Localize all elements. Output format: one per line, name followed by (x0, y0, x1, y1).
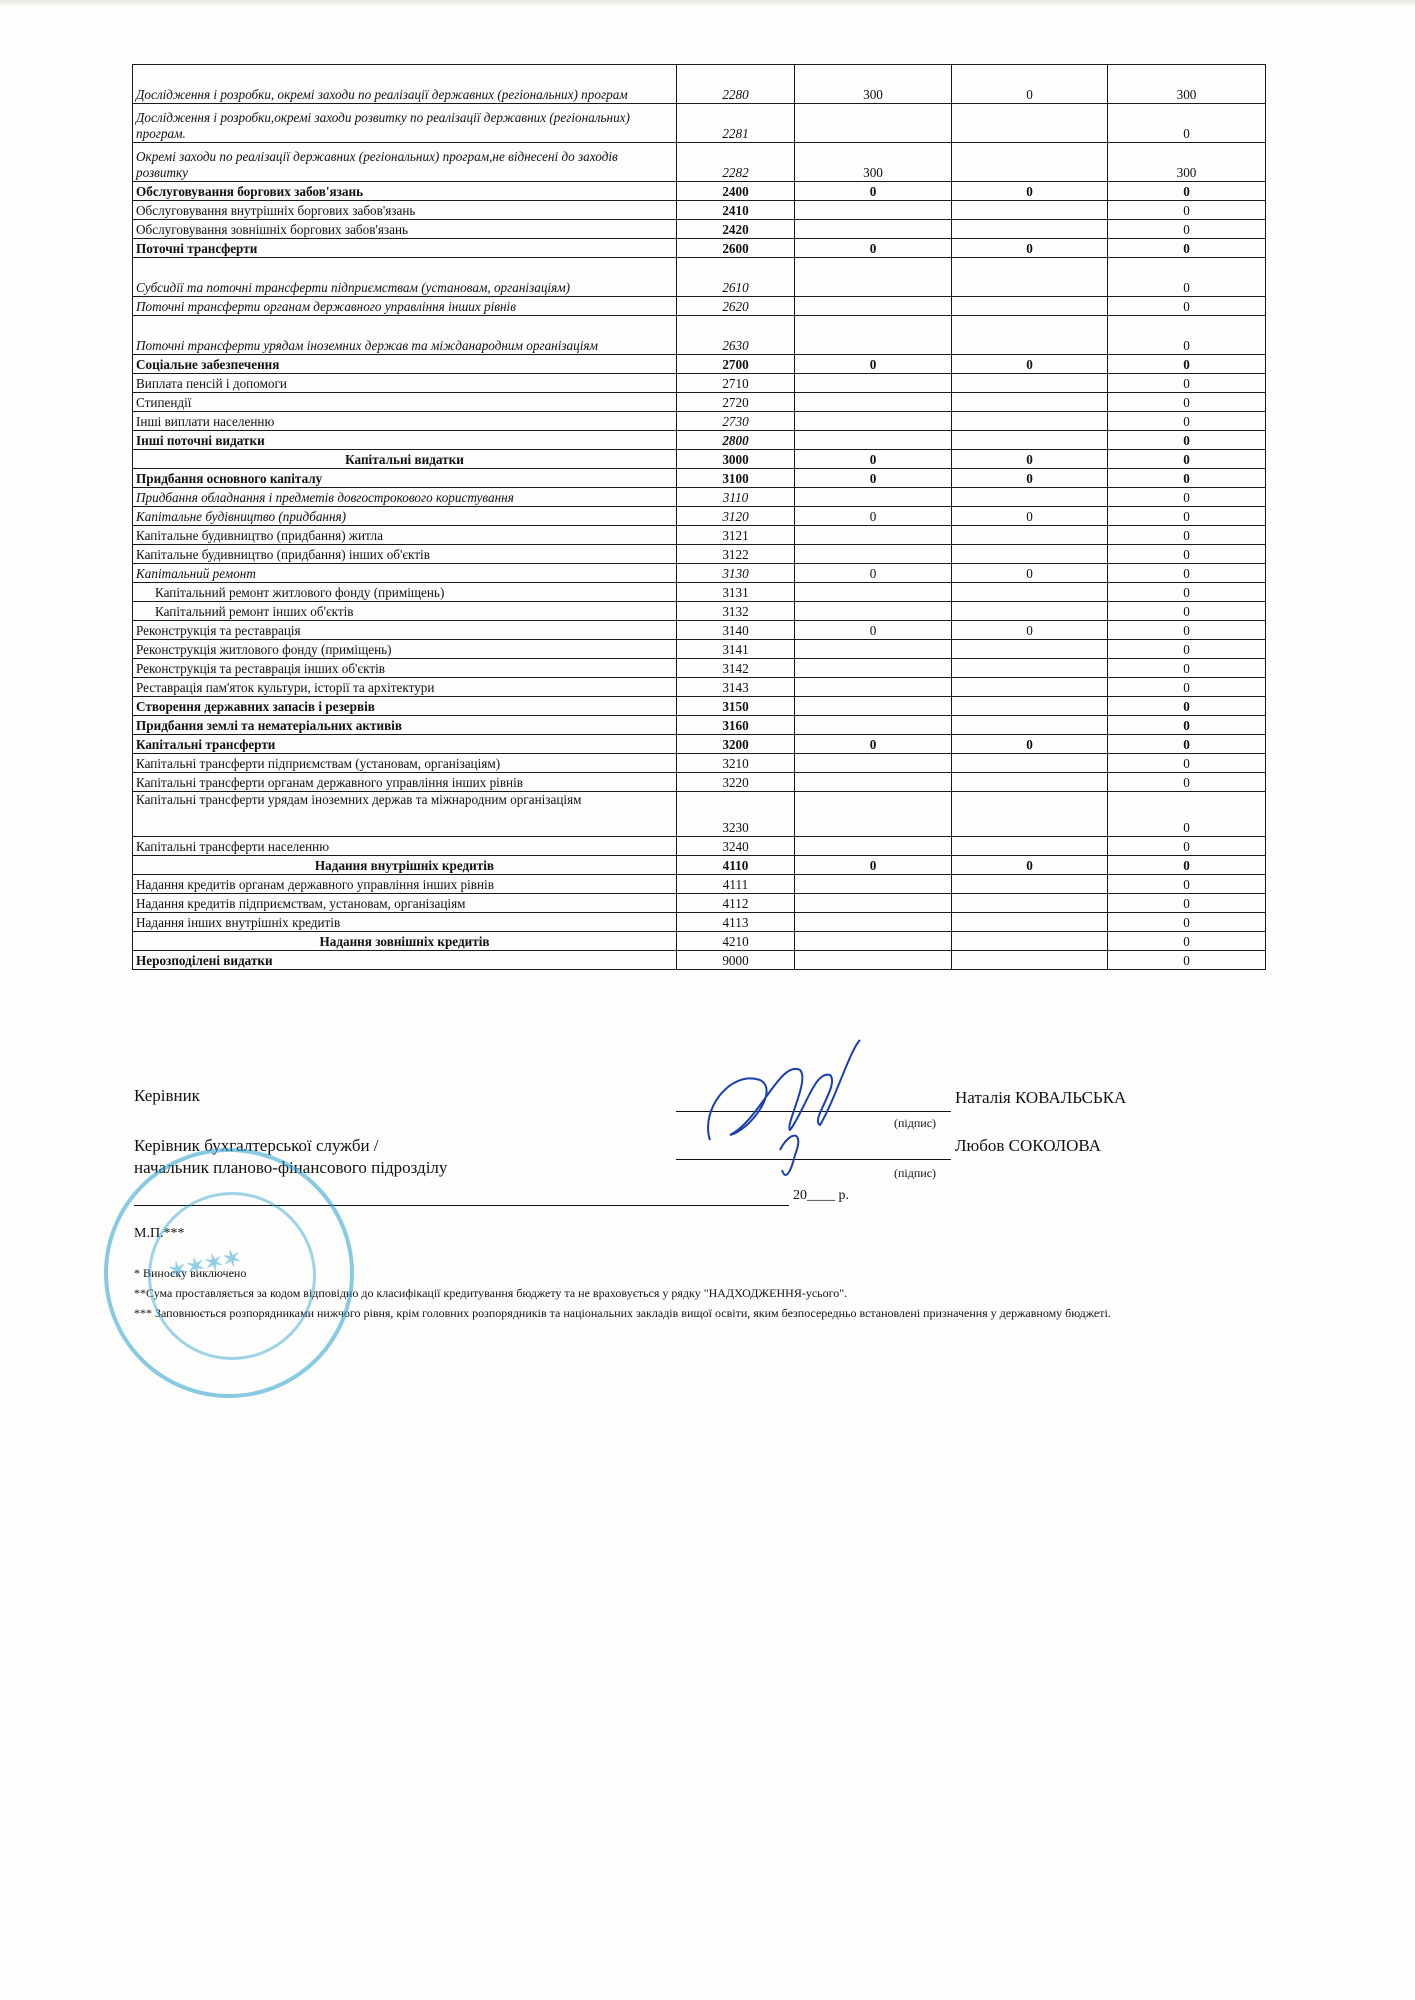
row-value-3: 0 (1108, 792, 1266, 837)
row-value-2 (952, 526, 1108, 545)
row-name: Капітальне будивництво (придбання) інших… (133, 545, 677, 564)
row-name: Обслуговування боргових забов'язань (133, 182, 677, 201)
row-code: 3121 (677, 526, 795, 545)
row-value-1 (795, 201, 952, 220)
table-row: Поточні трансферти урядам іноземних держ… (133, 316, 1266, 355)
row-value-1 (795, 837, 952, 856)
row-name: Надання кредитів підприємствам, установа… (133, 894, 677, 913)
row-value-1: 0 (795, 239, 952, 258)
date-suffix: 20____ р. (793, 1188, 849, 1204)
table-row: Реконструкція та реставрація3140000 (133, 621, 1266, 640)
seal-label: М.П.*** (134, 1226, 185, 1242)
row-code: 3140 (677, 621, 795, 640)
row-name: Капітальні трансферти органам державного… (133, 773, 677, 792)
row-value-2: 0 (952, 450, 1108, 469)
row-value-1 (795, 640, 952, 659)
row-name: Капітальні видатки (133, 450, 677, 469)
row-name: Реконструкція та реставрація інших об'єк… (133, 659, 677, 678)
row-value-1 (795, 316, 952, 355)
row-name: Капітальне будивництво (придбання) житла (133, 526, 677, 545)
row-code: 3131 (677, 583, 795, 602)
row-code: 3142 (677, 659, 795, 678)
row-value-3: 0 (1108, 621, 1266, 640)
row-value-3: 0 (1108, 837, 1266, 856)
date-line (134, 1205, 789, 1206)
row-code: 3210 (677, 754, 795, 773)
table-row: Надання зовнішніх кредитів42100 (133, 932, 1266, 951)
table-row: Обслуговування зовнішніх боргових забов'… (133, 220, 1266, 239)
row-value-2 (952, 913, 1108, 932)
table-row: Реконструкція та реставрація інших об'єк… (133, 659, 1266, 678)
table-row: Дослідження і розробки, окремі заходи по… (133, 65, 1266, 104)
row-value-1 (795, 792, 952, 837)
row-value-1 (795, 488, 952, 507)
row-value-1 (795, 951, 952, 970)
table-row: Інші поточні видатки28000 (133, 431, 1266, 450)
row-value-2 (952, 716, 1108, 735)
table-row: Капітальне будивництво (придбання) інших… (133, 545, 1266, 564)
row-code: 2610 (677, 258, 795, 297)
row-value-3: 0 (1108, 754, 1266, 773)
row-value-3: 0 (1108, 545, 1266, 564)
row-value-2: 0 (952, 182, 1108, 201)
row-value-3: 0 (1108, 450, 1266, 469)
row-value-1: 0 (795, 621, 952, 640)
row-value-3: 0 (1108, 355, 1266, 374)
row-value-3: 0 (1108, 913, 1266, 932)
row-value-2 (952, 837, 1108, 856)
row-value-2 (952, 374, 1108, 393)
table-row: Реставрація пам'яток культури, історії т… (133, 678, 1266, 697)
row-code: 3160 (677, 716, 795, 735)
scan-edge (0, 0, 1415, 6)
row-code: 3150 (677, 697, 795, 716)
handwritten-signature-icon (690, 1030, 890, 1180)
table-row: Капітальні трансферти3200000 (133, 735, 1266, 754)
row-code: 3132 (677, 602, 795, 621)
table-row: Обслуговування внутрішніх боргових забов… (133, 201, 1266, 220)
row-value-1 (795, 412, 952, 431)
row-value-3: 0 (1108, 773, 1266, 792)
row-name: Надання інших внутрішніх кредитів (133, 913, 677, 932)
row-value-1 (795, 894, 952, 913)
row-code: 3143 (677, 678, 795, 697)
row-value-2: 0 (952, 507, 1108, 526)
accountant-label-2: начальник планово-фінансового підрозділу (134, 1158, 447, 1178)
row-code: 9000 (677, 951, 795, 970)
row-code: 2730 (677, 412, 795, 431)
row-value-3: 0 (1108, 583, 1266, 602)
row-name: Капітальні трансферти підприємствам (уст… (133, 754, 677, 773)
row-name: Поточні трансферти урядам іноземних держ… (133, 316, 677, 355)
row-value-3: 0 (1108, 564, 1266, 583)
row-name: Інші виплати населенню (133, 412, 677, 431)
row-name: Поточні трансферти (133, 239, 677, 258)
row-value-1 (795, 431, 952, 450)
row-value-3: 0 (1108, 659, 1266, 678)
accountant-label-1: Керівник бухгалтерської служби / (134, 1136, 379, 1156)
row-value-2 (952, 316, 1108, 355)
row-code: 2630 (677, 316, 795, 355)
table-row: Капітальні трансферти урядам іноземних д… (133, 792, 1266, 837)
row-value-3: 0 (1108, 258, 1266, 297)
row-value-3: 0 (1108, 488, 1266, 507)
row-value-1 (795, 104, 952, 143)
table-row: Придбання обладнання і предметів довгост… (133, 488, 1266, 507)
row-name: Надання кредитів органам державного упра… (133, 875, 677, 894)
table-row: Поточні трансферти органам державного уп… (133, 297, 1266, 316)
row-code: 4112 (677, 894, 795, 913)
row-value-1 (795, 602, 952, 621)
row-value-2 (952, 894, 1108, 913)
row-value-1: 0 (795, 469, 952, 488)
row-name: Капітальний ремонт житлового фонду (прим… (133, 583, 677, 602)
row-value-2: 0 (952, 469, 1108, 488)
row-value-3: 0 (1108, 932, 1266, 951)
row-name: Дослідження і розробки,окремі заходи роз… (133, 104, 677, 143)
row-value-3: 0 (1108, 201, 1266, 220)
row-value-3: 0 (1108, 239, 1266, 258)
table-row: Капітальне будівництво (придбання)312000… (133, 507, 1266, 526)
row-value-3: 0 (1108, 507, 1266, 526)
table-row: Субсидії та поточні трансферти підприємс… (133, 258, 1266, 297)
table-row: Стипендії27200 (133, 393, 1266, 412)
row-value-2 (952, 875, 1108, 894)
row-value-1: 300 (795, 143, 952, 182)
row-name: Придбання землі та нематеріальних активі… (133, 716, 677, 735)
accountant-signature-line (676, 1159, 951, 1160)
table-row: Надання внутрішніх кредитів4110000 (133, 856, 1266, 875)
table-row: Надання кредитів органам державного упра… (133, 875, 1266, 894)
table-row: Придбання землі та нематеріальних активі… (133, 716, 1266, 735)
row-value-3: 0 (1108, 297, 1266, 316)
row-value-3: 0 (1108, 469, 1266, 488)
row-code: 2710 (677, 374, 795, 393)
table-row: Капітальний ремонт житлового фонду (прим… (133, 583, 1266, 602)
row-value-2 (952, 545, 1108, 564)
row-name: Надання внутрішніх кредитів (133, 856, 677, 875)
row-value-3: 0 (1108, 735, 1266, 754)
table-row: Капітальний ремонт3130000 (133, 564, 1266, 583)
row-name: Обслуговування внутрішніх боргових забов… (133, 201, 677, 220)
row-value-2: 0 (952, 621, 1108, 640)
row-code: 4210 (677, 932, 795, 951)
row-code: 2700 (677, 355, 795, 374)
row-code: 3000 (677, 450, 795, 469)
row-value-1 (795, 545, 952, 564)
row-name: Капітальні трансферти населенню (133, 837, 677, 856)
row-value-1 (795, 754, 952, 773)
row-value-1: 0 (795, 450, 952, 469)
row-value-2: 0 (952, 65, 1108, 104)
row-value-3: 0 (1108, 678, 1266, 697)
row-code: 3141 (677, 640, 795, 659)
table-row: Обслуговування боргових забов'язань24000… (133, 182, 1266, 201)
row-name: Поточні трансферти органам державного уп… (133, 297, 677, 316)
table-row: Виплата пенсій і допомоги27100 (133, 374, 1266, 393)
row-value-3: 0 (1108, 640, 1266, 659)
row-value-1 (795, 258, 952, 297)
row-name: Реконструкція та реставрація (133, 621, 677, 640)
head-name: Наталія КОВАЛЬСЬКА (955, 1088, 1126, 1108)
head-signature-caption: (підпис) (894, 1116, 936, 1131)
row-value-2 (952, 792, 1108, 837)
table-row: Капітальне будивництво (придбання) житла… (133, 526, 1266, 545)
row-value-3: 0 (1108, 431, 1266, 450)
table-row: Соціальне забезпечення2700000 (133, 355, 1266, 374)
row-code: 3240 (677, 837, 795, 856)
head-label: Керівник (134, 1086, 200, 1106)
row-value-2 (952, 932, 1108, 951)
row-name: Реконструкція житлового фонду (приміщень… (133, 640, 677, 659)
row-name: Придбання основного капіталу (133, 469, 677, 488)
row-name: Обслуговування зовнішніх боргових забов'… (133, 220, 677, 239)
row-name: Дослідження і розробки, окремі заходи по… (133, 65, 677, 104)
row-value-1 (795, 526, 952, 545)
row-name: Придбання обладнання і предметів довгост… (133, 488, 677, 507)
row-name: Капітальний ремонт інших об'єктів (133, 602, 677, 621)
row-code: 2400 (677, 182, 795, 201)
row-name: Капітальний ремонт (133, 564, 677, 583)
row-code: 3100 (677, 469, 795, 488)
row-name: Соціальне забезпечення (133, 355, 677, 374)
row-value-3: 0 (1108, 602, 1266, 621)
row-value-2 (952, 143, 1108, 182)
row-value-2 (952, 678, 1108, 697)
row-value-1: 0 (795, 355, 952, 374)
row-value-2: 0 (952, 564, 1108, 583)
table-row: Реконструкція житлового фонду (приміщень… (133, 640, 1266, 659)
row-code: 4113 (677, 913, 795, 932)
table-row: Капітальні видатки3000000 (133, 450, 1266, 469)
row-name: Стипендії (133, 393, 677, 412)
row-value-1: 0 (795, 735, 952, 754)
row-value-2: 0 (952, 355, 1108, 374)
row-value-1 (795, 875, 952, 894)
row-value-1 (795, 374, 952, 393)
row-code: 2800 (677, 431, 795, 450)
table-row: Нерозподілені видатки90000 (133, 951, 1266, 970)
row-name: Реставрація пам'яток культури, історії т… (133, 678, 677, 697)
row-code: 3122 (677, 545, 795, 564)
row-value-3: 0 (1108, 316, 1266, 355)
row-value-2 (952, 951, 1108, 970)
row-value-3: 300 (1108, 143, 1266, 182)
row-value-2: 0 (952, 239, 1108, 258)
row-value-1 (795, 220, 952, 239)
row-value-2 (952, 773, 1108, 792)
table-row: Придбання основного капіталу3100000 (133, 469, 1266, 488)
row-value-2 (952, 488, 1108, 507)
table-row: Дослідження і розробки,окремі заходи роз… (133, 104, 1266, 143)
row-value-1: 300 (795, 65, 952, 104)
row-value-3: 0 (1108, 951, 1266, 970)
row-code: 3220 (677, 773, 795, 792)
row-value-3: 0 (1108, 894, 1266, 913)
table-row: Капітальні трансферти населенню32400 (133, 837, 1266, 856)
footnote-1: * Виноску виключено (134, 1266, 1254, 1281)
table-row: Інші виплати населенню27300 (133, 412, 1266, 431)
row-value-3: 0 (1108, 104, 1266, 143)
row-value-1: 0 (795, 856, 952, 875)
table-row: Надання кредитів підприємствам, установа… (133, 894, 1266, 913)
row-value-2: 0 (952, 856, 1108, 875)
row-value-1 (795, 583, 952, 602)
head-signature-line (676, 1111, 951, 1112)
row-value-2 (952, 393, 1108, 412)
footnote-3: *** Заповнюється розпорядниками нижчого … (134, 1306, 1254, 1321)
row-name: Капітальні трансферти урядам іноземних д… (133, 792, 677, 837)
row-value-1 (795, 297, 952, 316)
row-value-1 (795, 678, 952, 697)
table-row: Створення державних запасів і резервів31… (133, 697, 1266, 716)
row-name: Капітальні трансферти (133, 735, 677, 754)
row-value-2 (952, 659, 1108, 678)
row-value-3: 0 (1108, 716, 1266, 735)
row-value-1 (795, 932, 952, 951)
row-value-2 (952, 697, 1108, 716)
table-row: Капітальні трансферти органам державного… (133, 773, 1266, 792)
row-code: 2620 (677, 297, 795, 316)
row-value-1: 0 (795, 507, 952, 526)
row-name: Окремі заходи по реалізації державних (р… (133, 143, 677, 182)
row-value-3: 0 (1108, 697, 1266, 716)
table-row: Окремі заходи по реалізації державних (р… (133, 143, 1266, 182)
row-value-1: 0 (795, 564, 952, 583)
row-value-3: 0 (1108, 220, 1266, 239)
row-value-1: 0 (795, 182, 952, 201)
row-value-2 (952, 258, 1108, 297)
row-value-2 (952, 583, 1108, 602)
row-name: Надання зовнішніх кредитів (133, 932, 677, 951)
footnote-2: **Сума проставляється за кодом відповідн… (134, 1286, 1254, 1301)
row-value-3: 0 (1108, 374, 1266, 393)
row-code: 2282 (677, 143, 795, 182)
row-value-1 (795, 773, 952, 792)
table-row: Капітальний ремонт інших об'єктів31320 (133, 602, 1266, 621)
row-value-2 (952, 297, 1108, 316)
row-value-2 (952, 431, 1108, 450)
row-value-1 (795, 913, 952, 932)
row-value-3: 300 (1108, 65, 1266, 104)
row-code: 3200 (677, 735, 795, 754)
row-code: 2410 (677, 201, 795, 220)
row-name: Створення державних запасів і резервів (133, 697, 677, 716)
row-value-3: 0 (1108, 412, 1266, 431)
row-value-2 (952, 602, 1108, 621)
accountant-signature-caption: (підпис) (894, 1166, 936, 1181)
row-value-2 (952, 201, 1108, 220)
expenditure-table: Дослідження і розробки, окремі заходи по… (132, 64, 1266, 970)
row-value-2: 0 (952, 735, 1108, 754)
row-code: 3110 (677, 488, 795, 507)
row-code: 4111 (677, 875, 795, 894)
row-name: Субсидії та поточні трансферти підприємс… (133, 258, 677, 297)
table-row: Поточні трансферти2600000 (133, 239, 1266, 258)
row-code: 2280 (677, 65, 795, 104)
row-code: 3130 (677, 564, 795, 583)
row-code: 2281 (677, 104, 795, 143)
table-row: Надання інших внутрішніх кредитів41130 (133, 913, 1266, 932)
row-value-3: 0 (1108, 182, 1266, 201)
row-value-1 (795, 716, 952, 735)
row-value-2 (952, 754, 1108, 773)
row-code: 2600 (677, 239, 795, 258)
row-name: Інші поточні видатки (133, 431, 677, 450)
row-code: 2420 (677, 220, 795, 239)
row-code: 4110 (677, 856, 795, 875)
row-value-3: 0 (1108, 875, 1266, 894)
row-value-1 (795, 393, 952, 412)
row-value-3: 0 (1108, 526, 1266, 545)
table-row: Капітальні трансферти підприємствам (уст… (133, 754, 1266, 773)
row-value-2 (952, 640, 1108, 659)
row-value-1 (795, 697, 952, 716)
accountant-name: Любов СОКОЛОВА (955, 1136, 1101, 1156)
row-value-1 (795, 659, 952, 678)
row-code: 3120 (677, 507, 795, 526)
row-name: Нерозподілені видатки (133, 951, 677, 970)
row-value-2 (952, 104, 1108, 143)
row-value-2 (952, 220, 1108, 239)
row-code: 2720 (677, 393, 795, 412)
row-value-3: 0 (1108, 393, 1266, 412)
row-value-3: 0 (1108, 856, 1266, 875)
row-name: Виплата пенсій і допомоги (133, 374, 677, 393)
row-value-2 (952, 412, 1108, 431)
row-name: Капітальне будівництво (придбання) (133, 507, 677, 526)
row-code: 3230 (677, 792, 795, 837)
